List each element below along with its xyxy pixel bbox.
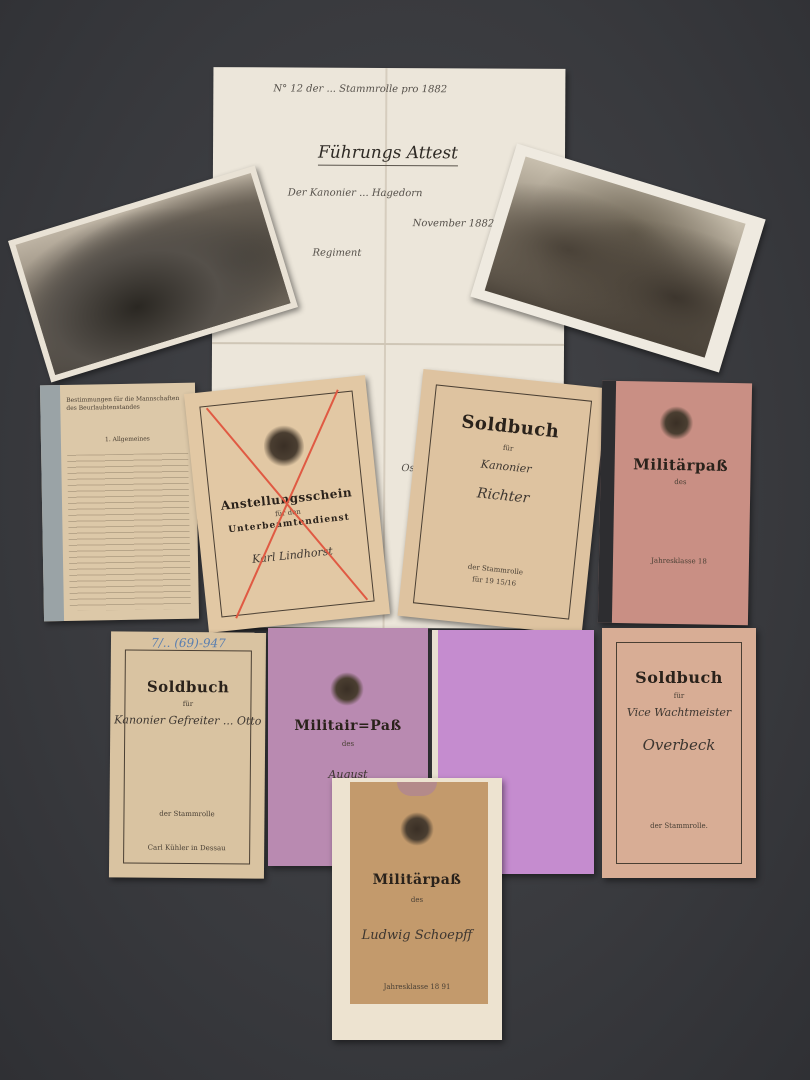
booklet-caption: des — [600, 477, 750, 488]
handwritten-rank: Vice Wachtmeister — [602, 706, 756, 719]
soldbuch-richter: Soldbuch für Kanonier Richter der Stammr… — [398, 369, 608, 635]
handwritten-name: Overbeck — [602, 736, 756, 754]
fold-line — [212, 342, 564, 346]
booklet-spine — [40, 385, 64, 621]
booklet-caption: des — [268, 740, 428, 748]
jahrgang-label: Jahresklasse 18 — [599, 556, 749, 567]
printed-text-lines — [67, 453, 191, 611]
anstellungsschein-booklet: Anstellungsschein für den Unterbeamtendi… — [184, 375, 390, 633]
booklet-title: Soldbuch — [602, 668, 756, 687]
letter-handwriting: November 1882 — [413, 218, 495, 229]
pencil-note: 7/.. (69)-947 — [111, 635, 266, 650]
imperial-eagle-icon — [400, 812, 434, 846]
soldbuch-overbeck: Soldbuch für Vice Wachtmeister Overbeck … — [602, 628, 756, 878]
militaerpass-schoepff: Militärpaß des Ludwig Schoepff Jahreskla… — [332, 778, 502, 1040]
printer-imprint: Carl Kühler in Dessau — [109, 843, 264, 852]
handwritten-name: Kanonier Gefreiter ... Otto — [110, 713, 265, 727]
letter-header-line: N° 12 der ... Stammrolle pro 1882 — [273, 83, 447, 95]
letter-handwriting: Der Kanonier ... Hagedorn — [288, 187, 423, 199]
booklet-title: Soldbuch — [111, 677, 266, 696]
booklet-title: Bestimmungen für die Mannschaften des Be… — [66, 395, 187, 413]
handwritten-name: Ludwig Schoepff — [332, 928, 502, 943]
letter-title: Führungs Attest — [318, 143, 458, 167]
stammrolle-label: der Stammrolle — [109, 809, 264, 818]
militaerpass-red: Militärpaß des Jahresklasse 18 — [598, 381, 752, 626]
booklet-title: Militärpaß — [601, 455, 751, 476]
regulations-booklet: Bestimmungen für die Mannschaften des Be… — [40, 383, 199, 622]
booklet-spine — [598, 381, 616, 623]
booklet-caption: für — [602, 692, 756, 700]
soldbuch-otto: 7/.. (69)-947 Soldbuch für Kanonier Gefr… — [109, 631, 266, 878]
imperial-eagle-icon — [659, 406, 694, 441]
booklet-title: Militair=Paß — [268, 718, 428, 734]
booklet-caption: des — [332, 896, 502, 904]
booklet-subtitle: 1. Allgemeines — [67, 435, 188, 445]
imperial-eagle-icon — [330, 672, 364, 706]
booklet-title: Militärpaß — [332, 872, 502, 888]
letter-handwriting: Regiment — [312, 248, 361, 259]
stammrolle-label: der Stammrolle. — [602, 822, 756, 830]
jahrgang-label: Jahresklasse 18 91 — [332, 983, 502, 991]
booklet-caption: für — [110, 699, 265, 708]
